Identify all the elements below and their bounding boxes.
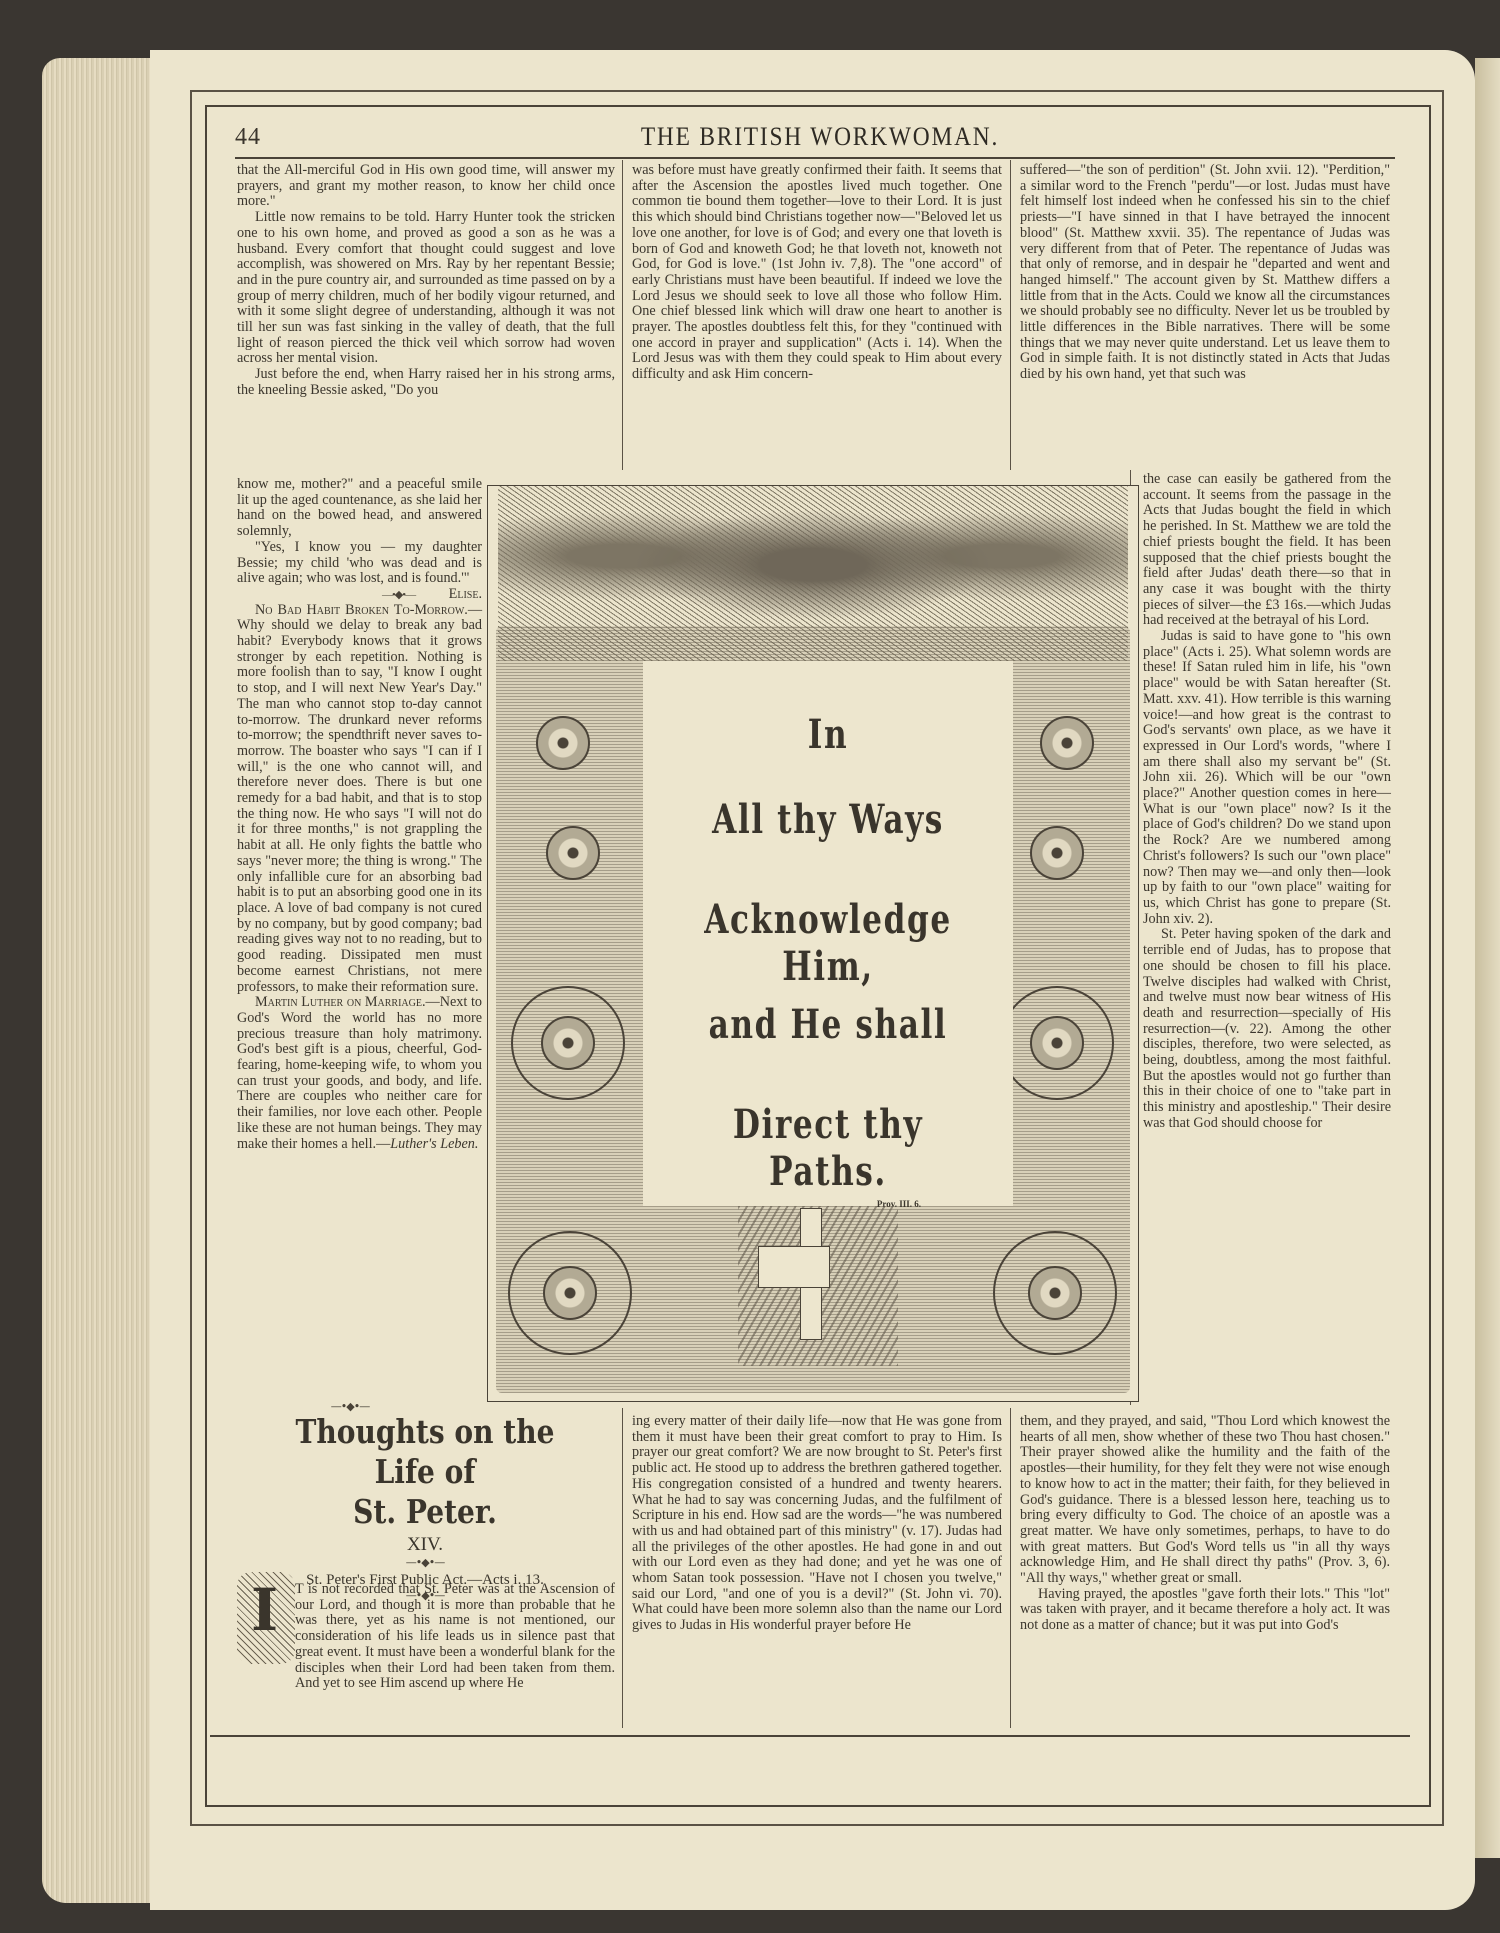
article-title: Thoughts on the Life of: [264, 1412, 587, 1492]
article-title-line2: St. Peter.: [264, 1492, 587, 1532]
cross-arm: [758, 1246, 830, 1288]
item-heading: Martin Luther on Marriage.: [255, 994, 426, 1010]
drop-cap-space: [237, 1582, 295, 1690]
column-divider: [622, 160, 623, 470]
paragraph: "Yes, I know you — my daughter Bessie; m…: [237, 540, 482, 587]
paragraph: the case can easily be gathered from the…: [1143, 472, 1391, 629]
paragraph: Little now remains to be told. Harry Hun…: [237, 210, 615, 367]
rose-flower-icon: [543, 1266, 597, 1320]
rose-flower-icon: [1030, 826, 1084, 880]
paragraph: Martin Luther on Marriage.—Next to God's…: [237, 995, 482, 1152]
page-number: 44: [235, 124, 261, 151]
column-divider: [1010, 160, 1011, 470]
rose-flower-icon: [536, 716, 590, 770]
paragraph: ing every matter of their daily life—now…: [632, 1414, 1002, 1634]
paragraph: that the All-merciful God in His own goo…: [237, 163, 615, 210]
article-opening: T is not recorded that St. Peter was at …: [237, 1582, 615, 1692]
column-1-narrow: know me, mother?" and a peaceful smile l…: [237, 477, 482, 1152]
paragraph: St. Peter having spoken of the dark and …: [1143, 927, 1391, 1131]
rose-flower-icon: [1028, 1266, 1082, 1320]
page-header: 44 THE BRITISH WORKWOMAN.: [235, 122, 1405, 156]
next-page-edge: [1475, 58, 1500, 1858]
decorative-scripture-illustration: In All thy Ways Acknowledge Him, and He …: [487, 485, 1139, 1402]
author-signature: —•◆•— Elise.: [237, 587, 482, 603]
paragraph: them, and they prayed, and said, "Thou L…: [1020, 1414, 1390, 1587]
floral-vine-left: [496, 626, 656, 1201]
column-3-top: suffered—"the son of perdition" (St. Joh…: [1020, 163, 1390, 383]
column-2-bottom: ing every matter of their daily life—now…: [632, 1414, 1002, 1634]
column-divider: [622, 1408, 623, 1728]
ornament-divider: —•◆•—: [235, 1556, 615, 1570]
paragraph: suffered—"the son of perdition" (St. Joh…: [1020, 163, 1390, 383]
scripture-line: In: [684, 711, 973, 758]
column-2-top: was before must have greatly confirmed t…: [632, 163, 1002, 383]
scripture-line: Acknowledge Him,: [684, 896, 973, 990]
publication-title: THE BRITISH WORKWOMAN.: [294, 122, 1347, 152]
item-heading: No Bad Habit Broken To-Morrow.: [255, 602, 468, 618]
scripture-line: and He shall: [684, 1001, 973, 1048]
paragraph: No Bad Habit Broken To-Morrow.—Why shoul…: [237, 603, 482, 996]
ornament-divider: —•◆•—: [382, 589, 415, 601]
scripture-line: Direct thy Paths.: [684, 1101, 973, 1195]
paragraph: Having prayed, the apostles "gave forth …: [1020, 1587, 1390, 1634]
scripture-line: All thy Ways: [684, 796, 973, 843]
header-rule: [235, 157, 1395, 159]
rose-flower-icon: [546, 826, 600, 880]
footer-rule: [210, 1735, 1410, 1737]
source-citation: Luther's Leben.: [390, 1136, 478, 1152]
paragraph: T is not recorded that St. Peter was at …: [237, 1582, 615, 1692]
column-1-top: that the All-merciful God in His own goo…: [237, 163, 615, 399]
paragraph: Just before the end, when Harry raised h…: [237, 367, 615, 398]
column-3-bottom: them, and they prayed, and said, "Thou L…: [1020, 1414, 1390, 1634]
paragraph: Judas is said to have gone to "his own p…: [1143, 629, 1391, 927]
scripture-panel: In All thy Ways Acknowledge Him, and He …: [643, 661, 1013, 1206]
paragraph: know me, mother?" and a peaceful smile l…: [237, 477, 482, 540]
book-page-edges: [42, 58, 152, 1903]
paragraph: was before must have greatly confirmed t…: [632, 163, 1002, 383]
column-divider: [1010, 1408, 1011, 1728]
article-heading: Thoughts on the Life of St. Peter. XIV. …: [235, 1412, 615, 1603]
article-number: XIV.: [235, 1534, 615, 1556]
rose-flower-icon: [541, 1016, 595, 1070]
column-3-narrow: the case can easily be gathered from the…: [1143, 472, 1391, 1132]
rose-flower-icon: [1040, 716, 1094, 770]
rose-flower-icon: [1030, 1016, 1084, 1070]
